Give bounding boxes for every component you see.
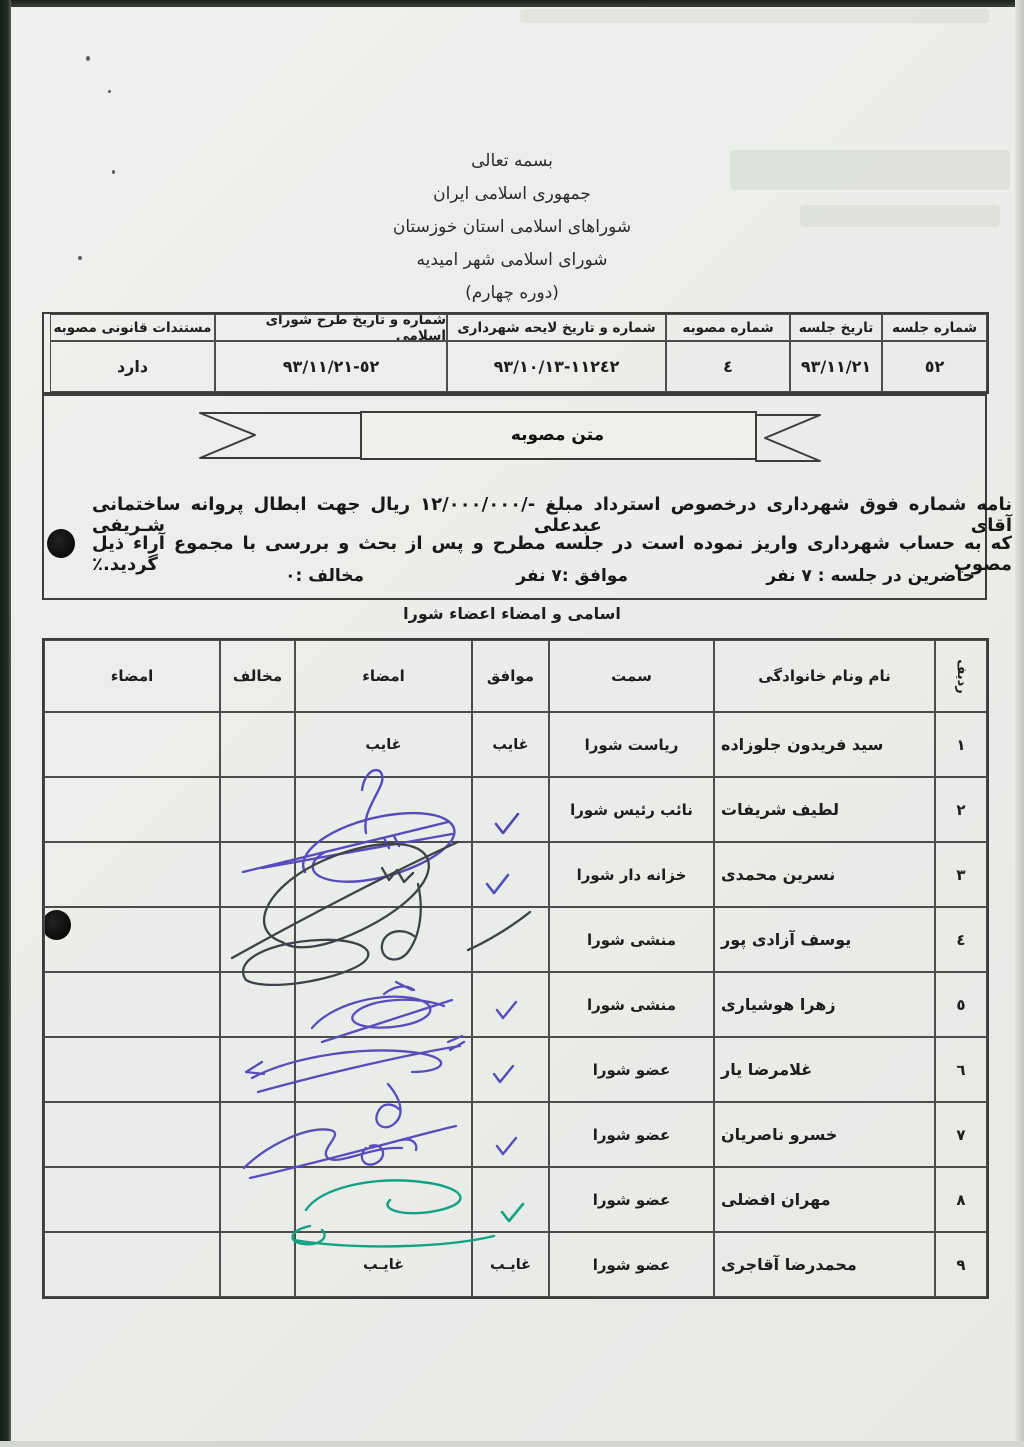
resolution-number-header: شماره مصوبه — [666, 314, 790, 341]
header-line-basmala: بسمه تعالی — [0, 151, 1024, 171]
signature2-cell — [44, 842, 220, 907]
signature-cell — [295, 907, 472, 972]
member-name: نسرین محمدی — [714, 842, 935, 907]
vote-cell — [472, 1037, 549, 1102]
member-position: عضو شورا — [549, 1102, 714, 1167]
attendance-count: حاضرین در جلسه : ٧ نفر — [766, 566, 975, 586]
scan-edge-bottom — [0, 1441, 1024, 1447]
session-date-header: تاریخ جلسه — [790, 314, 882, 341]
signature2-cell — [44, 1167, 220, 1232]
signature2-cell — [44, 777, 220, 842]
col-header-position: سمت — [549, 640, 714, 712]
oppose-cell — [220, 1167, 295, 1232]
vote-cell: غایب — [472, 712, 549, 777]
vote-cell — [472, 1167, 549, 1232]
resolution-line1-prefix: نامه شماره فوق شهرداری درخصوص استرداد مب… — [545, 494, 1012, 515]
ribbon-left-tail — [200, 413, 361, 458]
vote-cell: غایـب — [472, 1232, 549, 1297]
member-position: عضو شورا — [549, 1232, 714, 1297]
oppose-cell — [220, 1232, 295, 1297]
signature2-cell — [44, 972, 220, 1037]
vote-cell — [472, 777, 549, 842]
session-number-value: ٥٢ — [925, 357, 945, 376]
member-name: یوسف آزادی پور — [714, 907, 935, 972]
col-header-name: نام ونام خانوادگی — [714, 640, 935, 712]
col-header-row-number: ردیف — [954, 659, 969, 694]
col-header-oppose: مخالف — [220, 640, 295, 712]
signature2-cell — [44, 1037, 220, 1102]
row-number: ١ — [935, 712, 987, 777]
agree-count: موافق :٧ نفر — [516, 566, 628, 586]
member-position: خزانه دار شورا — [549, 842, 714, 907]
member-name: سید فریدون جلوزاده — [714, 712, 935, 777]
col-header-signature2: امضاء — [44, 640, 220, 712]
signature2-cell — [44, 712, 220, 777]
plan-number-value: ٩٣/١١/٢١-٥٢ — [283, 357, 379, 376]
scan-speckle — [86, 56, 90, 61]
vote-cell — [472, 972, 549, 1037]
signature2-cell — [44, 907, 220, 972]
signature-cell: غایـب — [295, 1232, 472, 1297]
member-position: منشی شورا — [549, 972, 714, 1037]
member-position: عضو شورا — [549, 1167, 714, 1232]
row-number: ٧ — [935, 1102, 987, 1167]
oppose-cell — [220, 842, 295, 907]
member-name: زهرا هوشیاری — [714, 972, 935, 1037]
signature-cell — [295, 1102, 472, 1167]
signature2-cell — [44, 1232, 220, 1297]
member-name: خسرو ناصریان — [714, 1102, 935, 1167]
row-number: ٥ — [935, 972, 987, 1037]
signature-cell — [295, 972, 472, 1037]
oppose-cell — [220, 777, 295, 842]
col-header-signature: امضاء — [295, 640, 472, 712]
oppose-cell — [220, 907, 295, 972]
oppose-cell — [220, 1037, 295, 1102]
member-position: عضو شورا — [549, 1037, 714, 1102]
session-info-table: شماره جلسه تاریخ جلسه شماره مصوبه شماره … — [42, 312, 989, 394]
signature-cell — [295, 1167, 472, 1232]
header-line-city: شورای اسلامی شهر امیدیه — [0, 250, 1024, 270]
row-number: ٦ — [935, 1037, 987, 1102]
member-name: لطیف شریفات — [714, 777, 935, 842]
bill-number-value: ٩٣/١٠/١٣-١١٢٤٢ — [494, 357, 620, 376]
member-position: ریاست شورا — [549, 712, 714, 777]
signature-cell — [295, 1037, 472, 1102]
bill-number-header: شماره و تاریخ لایحه شهرداری — [447, 314, 666, 341]
signature-cell — [295, 777, 472, 842]
row-number: ٩ — [935, 1232, 987, 1297]
oppose-count: مخالف :٠ — [285, 566, 364, 586]
scan-speckle — [108, 90, 111, 93]
member-name: مهران افضلی — [714, 1167, 935, 1232]
oppose-cell — [220, 712, 295, 777]
legal-docs-value: دارد — [117, 357, 148, 376]
session-date-value: ٩٣/١١/٢١ — [801, 357, 871, 376]
resolution-number-value: ٤ — [723, 357, 733, 376]
scanned-document-page: بسمه تعالی جمهوری اسلامی ایران شوراهای ا… — [0, 0, 1024, 1447]
resolution-amount: ١٢/٠٠٠/٠٠٠/- — [420, 494, 535, 515]
member-name: غلامرضا یار — [714, 1037, 935, 1102]
resolution-line-1: نامه شماره فوق شهرداری درخصوص استرداد مب… — [92, 494, 1012, 536]
vote-cell — [472, 842, 549, 907]
vote-cell — [472, 907, 549, 972]
scan-edge-top — [0, 0, 1024, 7]
ribbon-right-tail — [756, 415, 820, 461]
oppose-cell — [220, 972, 295, 1037]
row-number: ٣ — [935, 842, 987, 907]
member-position: نائب رئیس شورا — [549, 777, 714, 842]
row-number: ٢ — [935, 777, 987, 842]
header-line-term: (دوره چهارم) — [0, 283, 1024, 303]
member-position: منشی شورا — [549, 907, 714, 972]
session-number-header: شماره جلسه — [882, 314, 987, 341]
header-line-republic: جمهوری اسلامی ایران — [0, 184, 1024, 204]
legal-docs-header: مستندات قانونی مصوبه — [50, 314, 215, 341]
signature2-cell — [44, 1102, 220, 1167]
oppose-cell — [220, 1102, 295, 1167]
col-header-agree: موافق — [472, 640, 549, 712]
member-name: محمدرضا آقاجری — [714, 1232, 935, 1297]
signature-cell: غایب — [295, 712, 472, 777]
row-number: ٨ — [935, 1167, 987, 1232]
scan-smudge — [520, 9, 990, 23]
plan-number-header: شماره و تاریخ طرح شورای اسلامی — [215, 314, 447, 341]
header-line-councils: شوراهای اسلامی استان خوزستان — [0, 217, 1024, 237]
members-table: ردیف نام ونام خانوادگی سمت موافق امضاء م… — [42, 638, 989, 1299]
ribbon-title: متن مصوبه — [361, 411, 754, 459]
vote-cell — [472, 1102, 549, 1167]
members-section-title: اسامی و امضاء اعضاء شورا — [0, 604, 1024, 623]
row-number: ٤ — [935, 907, 987, 972]
signature-cell — [295, 842, 472, 907]
